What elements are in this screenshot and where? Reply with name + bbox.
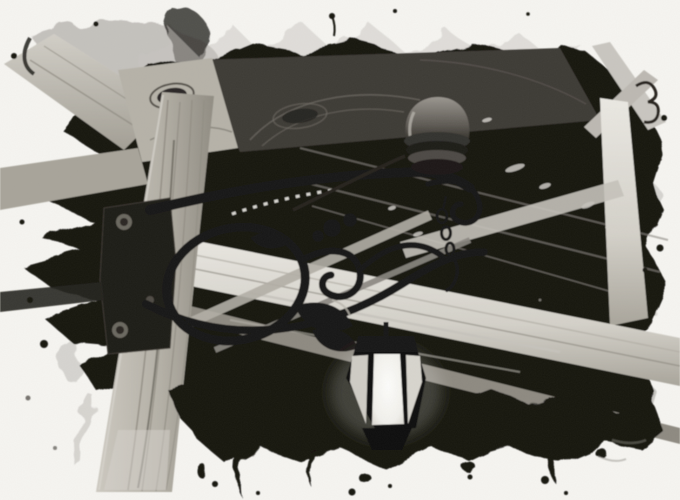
photo-frame: wet-plate collodion, monochrome bbox=[0, 0, 680, 500]
photograph: wet-plate collodion, monochrome bbox=[0, 0, 680, 500]
film-grain bbox=[0, 0, 680, 500]
photo-canvas bbox=[0, 0, 680, 500]
